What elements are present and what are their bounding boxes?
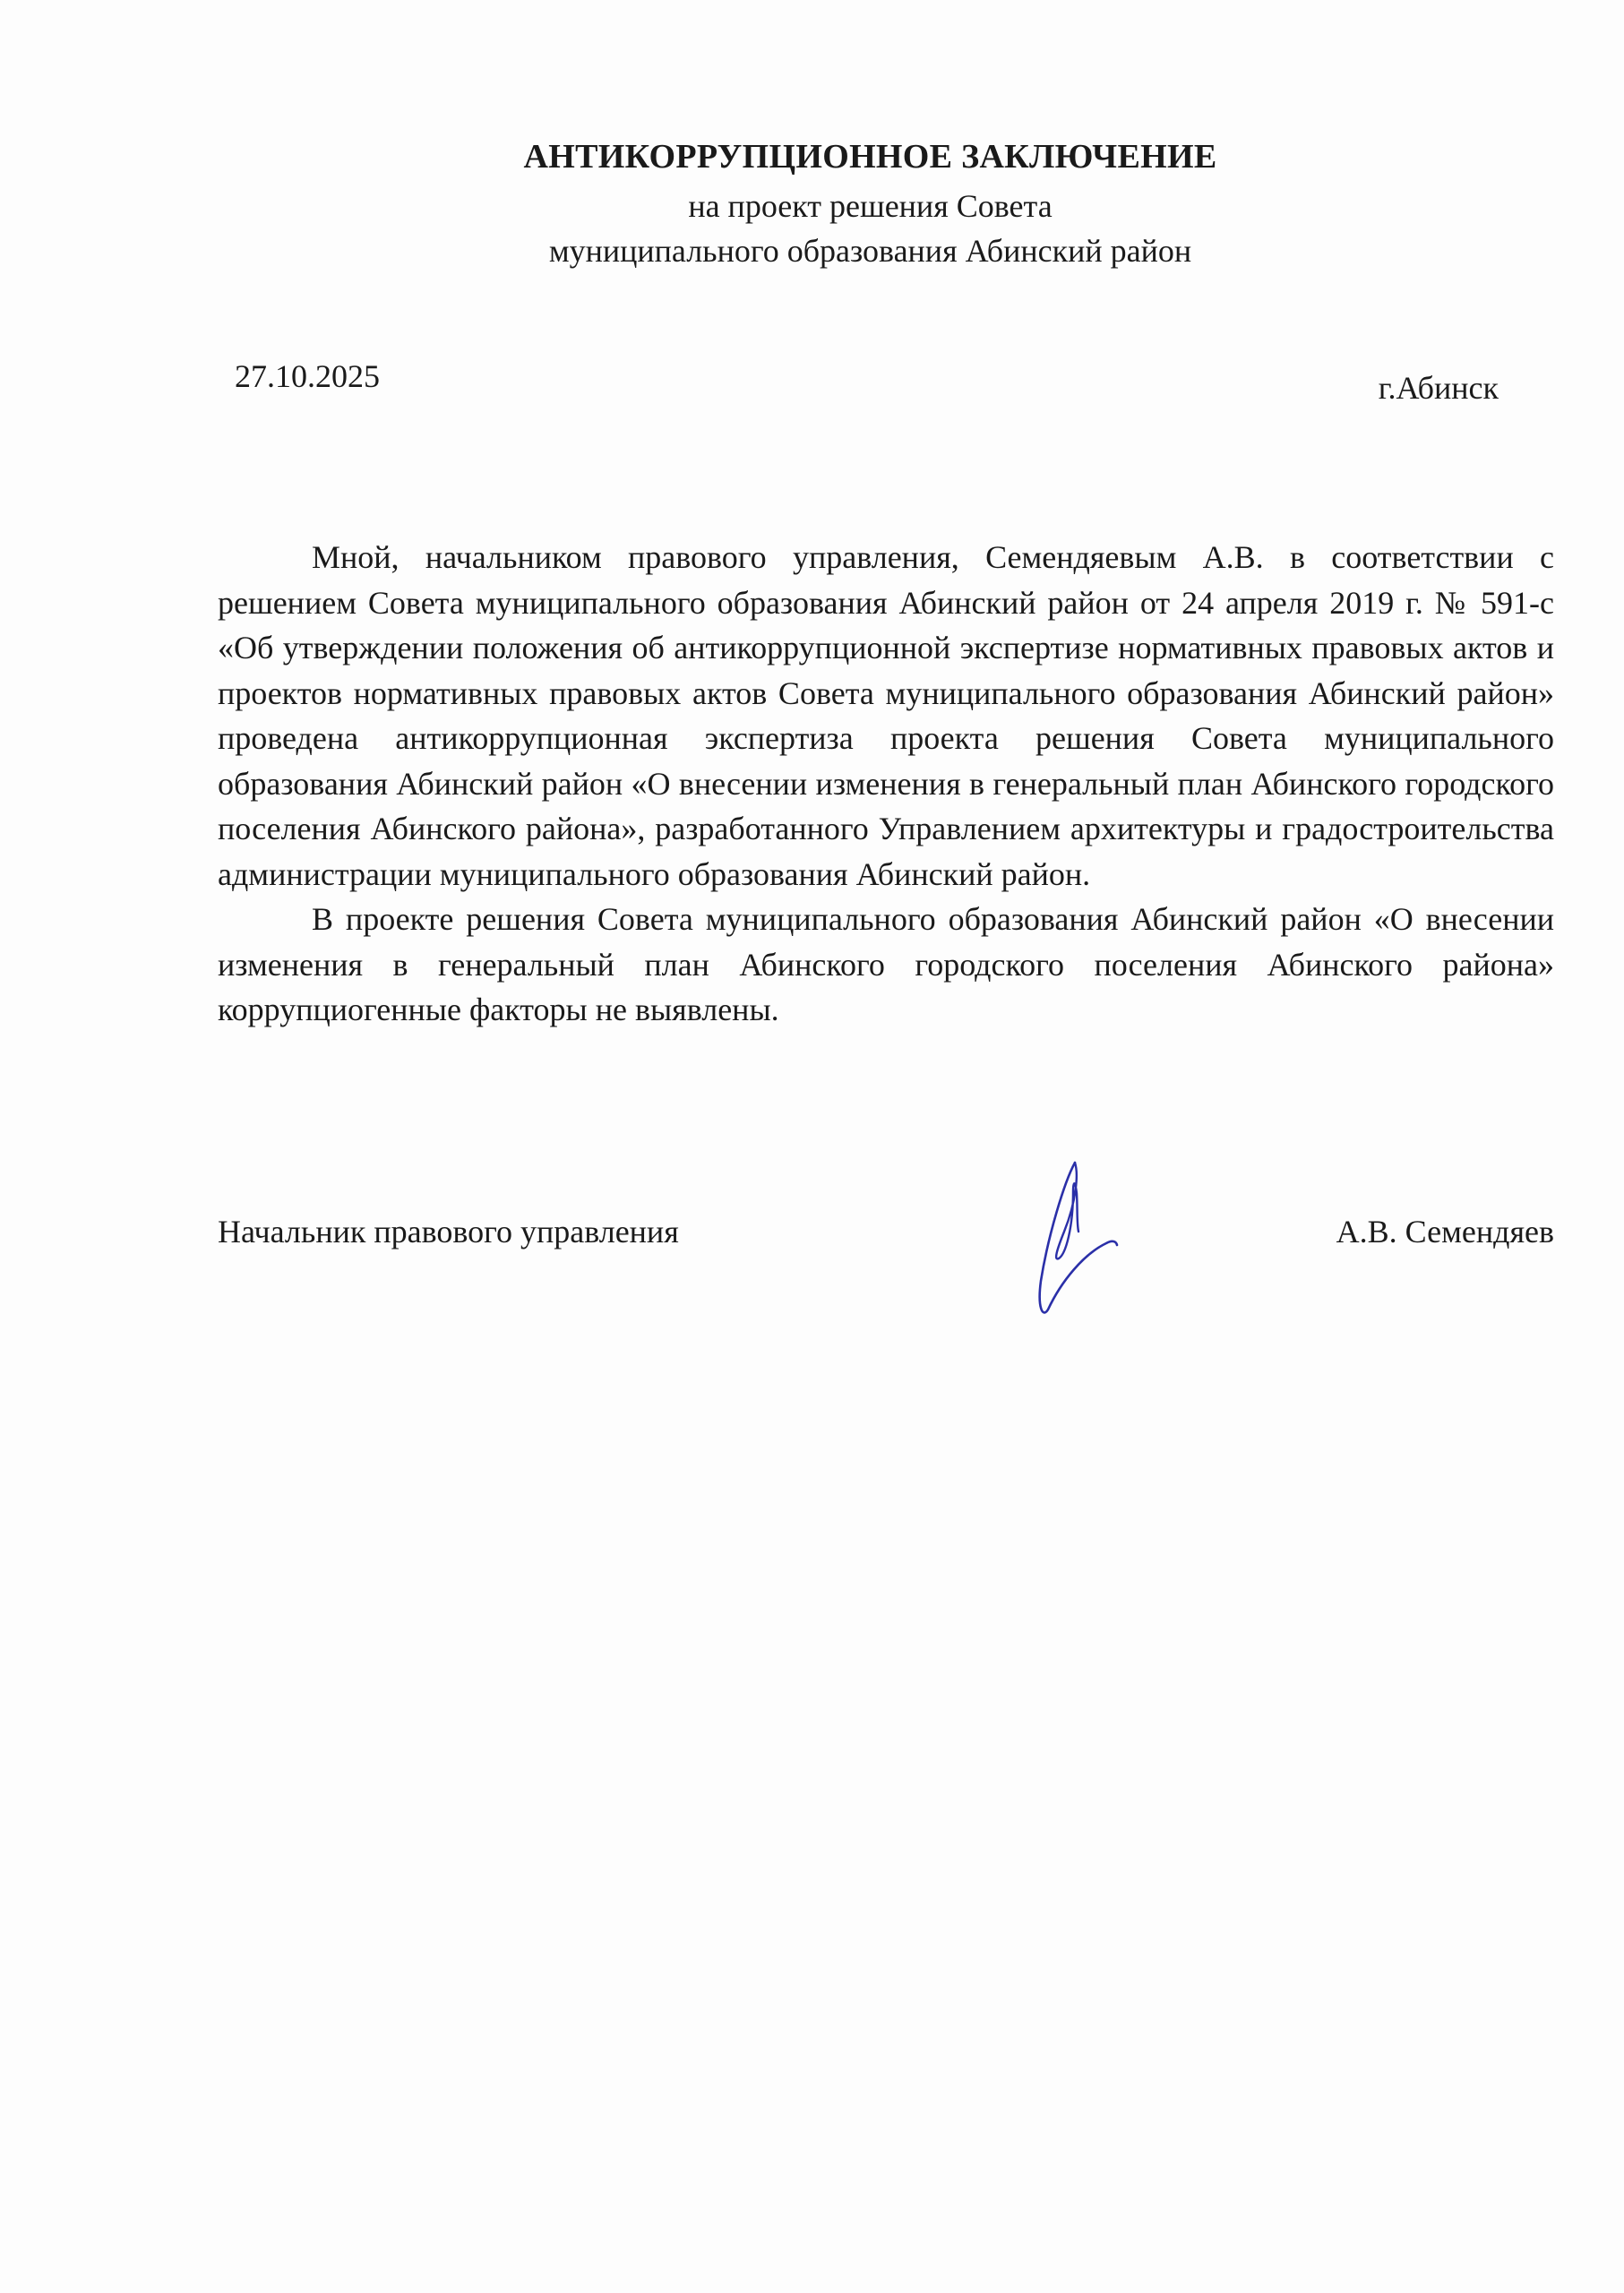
document-body: Мной, начальником правового управления, … (218, 535, 1554, 1033)
document-title: АНТИКОРРУПЦИОННОЕ ЗАКЛЮЧЕНИЕ (0, 134, 1624, 179)
signatory-position: Начальник правового управления (218, 1209, 679, 1254)
body-paragraph: Мной, начальником правового управления, … (218, 535, 1554, 897)
document-subtitle-line2: муниципального образования Абинский райо… (0, 228, 1624, 273)
document-date: 27.10.2025 (235, 354, 380, 399)
signature-icon (1021, 1146, 1138, 1326)
body-paragraph: В проекте решения Совета муниципального … (218, 897, 1554, 1033)
document-page: АНТИКОРРУПЦИОННОЕ ЗАКЛЮЧЕНИЕ на проект р… (0, 0, 1624, 2293)
document-city: г.Абинск (1379, 365, 1499, 410)
signatory-name: А.В. Семендяев (1336, 1209, 1554, 1254)
document-subtitle-line1: на проект решения Совета (0, 184, 1624, 228)
